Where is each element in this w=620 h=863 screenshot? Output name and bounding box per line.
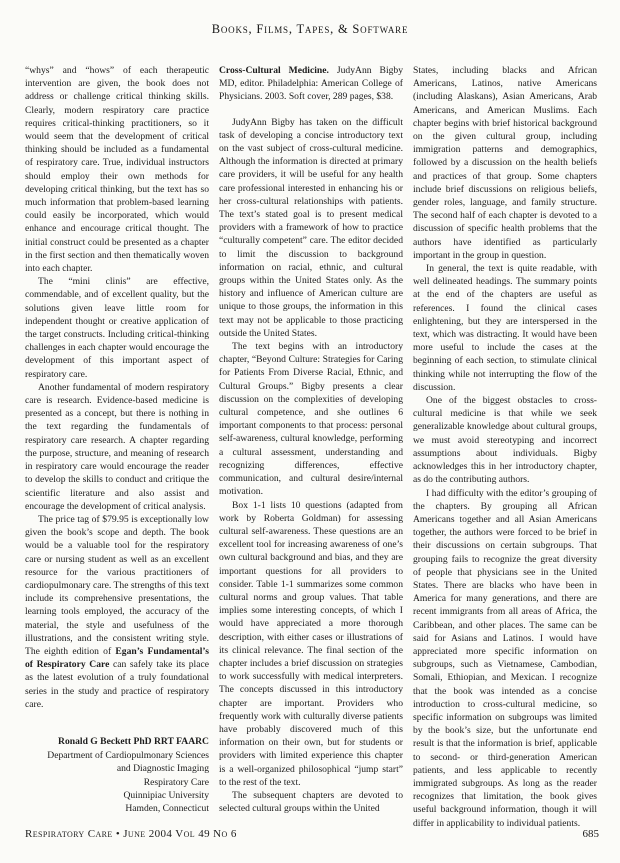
egan-review-paragraph-4: The price tag of $79.95 is exceptionally… (25, 513, 209, 711)
egan-review-paragraph-2: The “mini clinis” are effective, commend… (25, 275, 209, 381)
column-2: Cross-Cultural Medicine. JudyAnn Bigby M… (219, 64, 403, 830)
egan-review-paragraph-1: “whys” and “hows” of each therapeutic in… (25, 64, 209, 275)
ccm-review-paragraph-2: The text begins with an introductory cha… (219, 340, 403, 498)
reviewer-affiliation-line: Department of Cardiopulmonary Sciences (25, 749, 209, 762)
book-citation-title: Cross-Cultural Medicine. (219, 65, 329, 76)
ccm-review-paragraph-5: States, including blacks and African Ame… (413, 64, 597, 262)
column-3: States, including blacks and African Ame… (413, 64, 597, 830)
paragraph-text: The price tag of $79.95 is exceptionally… (25, 514, 209, 657)
reviewer-affiliation-line: Respiratory Care (25, 776, 209, 789)
page-number: 685 (583, 828, 600, 840)
ccm-review-paragraph-8: I had difficulty with the editor’s group… (413, 487, 597, 830)
reviewer-affiliation-line: Quinnipiac University (25, 789, 209, 802)
reviewer-affiliation-line: Hamden, Connecticut (25, 802, 209, 815)
book-citation: Cross-Cultural Medicine. JudyAnn Bigby M… (219, 64, 403, 104)
ccm-review-paragraph-7: One of the biggest obstacles to cross-cu… (413, 394, 597, 486)
column-1: “whys” and “hows” of each therapeutic in… (25, 64, 209, 830)
ccm-review-paragraph-3: Box 1-1 lists 10 questions (adapted from… (219, 499, 403, 789)
ccm-review-paragraph-4: The subsequent chapters are devoted to s… (219, 789, 403, 815)
page-footer: Respiratory Care • June 2004 Vol 49 No 6… (25, 828, 599, 840)
egan-review-paragraph-3: Another fundamental of modern respirator… (25, 381, 209, 513)
reviewer-signature-block: Ronald G Beckett PhD RRT FAARC Departmen… (25, 735, 209, 815)
ccm-review-paragraph-6: In general, the text is quite readable, … (413, 262, 597, 394)
running-head-title: Books, Films, Tapes, & Software (0, 22, 620, 37)
ccm-review-paragraph-1: JudyAnn Bigby has taken on the difficult… (219, 116, 403, 340)
text-columns: “whys” and “hows” of each therapeutic in… (25, 64, 599, 830)
reviewer-name: Ronald G Beckett PhD RRT FAARC (25, 735, 209, 748)
journal-issue-line: Respiratory Care • June 2004 Vol 49 No 6 (25, 828, 237, 840)
journal-page: Books, Films, Tapes, & Software “whys” a… (0, 0, 620, 863)
reviewer-affiliation-line: and Diagnostic Imaging (25, 762, 209, 775)
